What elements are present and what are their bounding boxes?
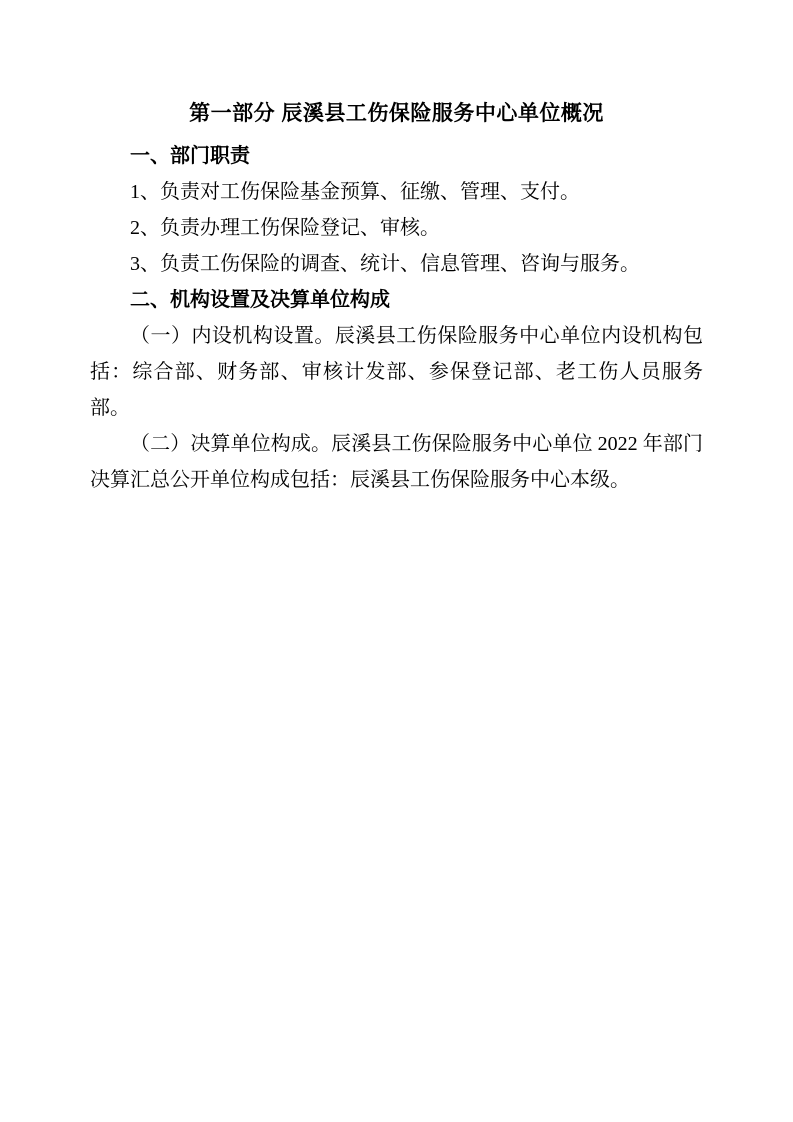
duty-list-item: 2、负责办理工伤保险登记、审核。 — [90, 210, 703, 246]
paragraph-internal-organization: （一）内设机构设置。辰溪县工伤保险服务中心单位内设机构包括：综合部、财务部、审核… — [90, 318, 703, 426]
document-title: 第一部分 辰溪县工伤保险服务中心单位概况 — [90, 96, 703, 132]
paragraph-final-accounts-unit: （二）决算单位构成。辰溪县工伤保险服务中心单位 2022 年部门决算汇总公开单位… — [90, 426, 703, 498]
document-page: 第一部分 辰溪县工伤保险服务中心单位概况 一、部门职责 1、负责对工伤保险基金预… — [0, 0, 793, 1122]
section-heading-department-duties: 一、部门职责 — [90, 138, 703, 174]
section-heading-organization-setup: 二、机构设置及决算单位构成 — [90, 282, 703, 318]
duty-list-item: 3、负责工伤保险的调查、统计、信息管理、咨询与服务。 — [90, 246, 703, 282]
document-content: 第一部分 辰溪县工伤保险服务中心单位概况 一、部门职责 1、负责对工伤保险基金预… — [0, 0, 793, 498]
duty-list-item: 1、负责对工伤保险基金预算、征缴、管理、支付。 — [90, 174, 703, 210]
